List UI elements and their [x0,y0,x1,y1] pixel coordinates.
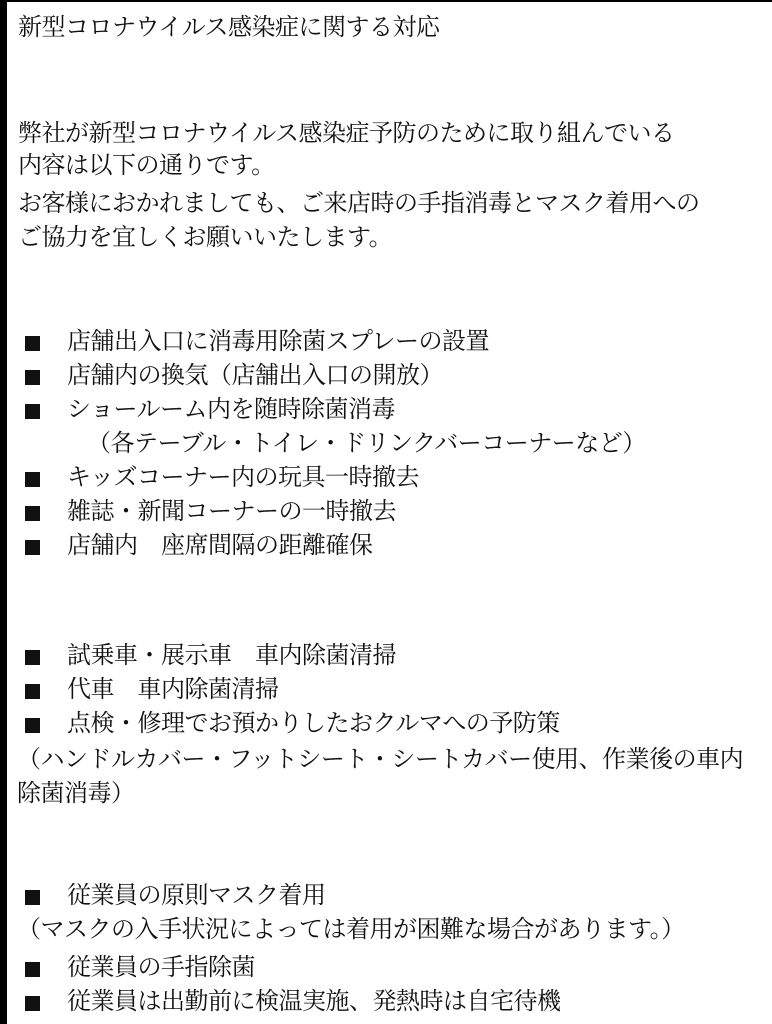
list-item: ショールーム内を随時除菌消毒 [67,392,395,426]
bullet-icon [25,540,40,555]
bullet-icon [25,684,40,699]
bullet-icon [25,506,40,521]
list-item: 店舗内 座席間隔の距離確保 [67,528,373,562]
page-title: 新型コロナウイルス感染症に関する対応 [18,10,440,44]
list-item: 従業員の原則マスク着用 [67,878,326,912]
bullet-icon [25,890,40,905]
list-item: 従業員は出勤前に検温実施、発熱時は自宅待機 [67,984,561,1018]
bullet-icon [25,996,40,1011]
list-item: 従業員の手指除菌 [67,950,255,984]
intro-line: 内容は以下の通りです。 [18,148,275,182]
list-item: 雑誌・新聞コーナーの一時撤去 [67,494,396,528]
list-item: キッズコーナー内の玩具一時撤去 [67,460,419,494]
bullet-icon [25,336,40,351]
list-item: 店舗出入口に消毒用除菌スプレーの設置 [67,324,489,358]
document-page: 新型コロナウイルス感染症に関する対応 弊社が新型コロナウイルス感染症予防のために… [7,2,772,1024]
bullet-icon [25,962,40,977]
intro-line: 弊社が新型コロナウイルス感染症予防のために取り組んでいる [18,116,675,150]
bullet-icon [25,650,40,665]
list-item-note: （各テーブル・トイレ・ドリンクバーコーナーなど） [87,426,646,460]
bullet-icon [25,718,40,733]
list-item: 試乗車・展示車 車内除菌清掃 [67,638,396,672]
list-item: 点検・修理でお預かりしたおクルマへの予防策 [67,706,560,740]
list-item: 店舗内の換気（店舗出入口の開放） [67,358,443,392]
list-item-note: （マスクの入手状況によっては着用が困難な場合があります。） [17,912,685,946]
list-item: 代車 車内除菌清掃 [67,672,279,706]
bullet-icon [25,404,40,419]
intro-line: お客様におかれましても、ご来店時の手指消毒とマスク着用への [18,186,700,220]
intro-line: ご協力を宜しくお願いいたします。 [18,220,392,254]
bullet-icon [25,370,40,385]
list-item-note: 除菌消毒） [17,776,135,810]
bullet-icon [25,472,40,487]
list-item-note: （ハンドルカバー・フットシート・シートカバー使用、作業後の車内 [17,742,743,776]
